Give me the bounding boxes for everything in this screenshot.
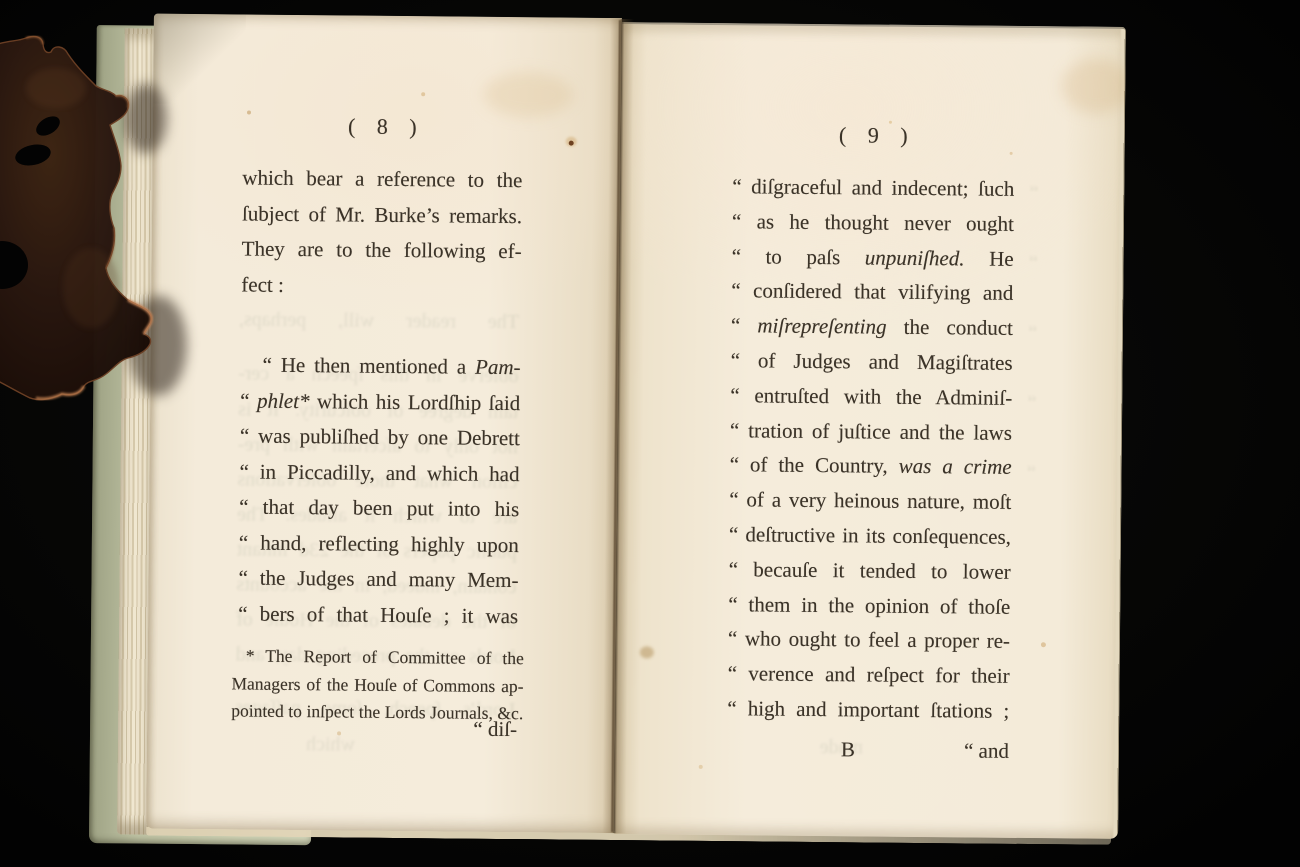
text-line: “ was publiſhed by one Debrett: [240, 418, 520, 456]
text-line: They are to the following ef-: [242, 231, 522, 269]
text-line: “ bers of that Houſe ; it was: [238, 596, 518, 634]
foxing-spot: [1010, 152, 1013, 155]
clip-speckle: [26, 68, 86, 108]
text-line: * The Report of Committee of the: [232, 642, 524, 672]
page-number-9: ( 9 ): [733, 121, 1015, 150]
page-9-body: “ diſgraceful and indecent; ſuch“ as he …: [727, 169, 1014, 728]
text-line: “ in Piccadilly, and which had: [239, 454, 519, 492]
text-line: “ of the Country, was a crime: [729, 448, 1011, 486]
text-line: “ that day been put into his: [239, 489, 519, 527]
text-line: “ of a very heinous nature, moſt: [729, 482, 1011, 520]
page-fore-edge-right: [1112, 29, 1126, 839]
text-line: “ conſidered that vilifying and: [731, 274, 1013, 312]
page-8-catchword: “ diſ-: [237, 714, 517, 742]
page-9-signature-row: B “ and: [727, 731, 1009, 768]
text-line: “ them in the opinion of thoſe: [728, 587, 1010, 625]
ghost-text-line: “: [1016, 390, 1036, 416]
text-line: “ hand, reflecting highly upon: [239, 525, 519, 563]
stain: [483, 72, 573, 118]
foxing-spot: [699, 765, 703, 769]
book: The reader will, perhaps,obſerve in this…: [0, 0, 1300, 867]
text-line: which bear a reference to the: [242, 160, 522, 198]
foxing-spot: [569, 141, 574, 146]
ghost-text-layer: made“““““: [622, 24, 1126, 29]
ghost-text-line: “: [1017, 320, 1037, 346]
foxing-spot: [1041, 642, 1046, 647]
text-line: Managers of the Houſe of Commons ap-: [231, 670, 523, 700]
text-line: [241, 302, 521, 350]
text-line: “ as he thought never ought: [732, 204, 1014, 242]
text-line: “ becauſe it tended to lower: [728, 552, 1010, 590]
text-line: “ to paſs unpuniſhed. He: [731, 239, 1013, 277]
page-8-body: which bear a reference to theſubject of …: [238, 160, 523, 634]
text-line: “ who ought to feel a proper re-: [728, 622, 1010, 660]
foxing-spot: [247, 111, 251, 115]
text-line: “ verence and reſpect for their: [727, 656, 1009, 694]
signature-mark: B: [727, 731, 969, 767]
text-line: “ phlet* which his Lordſhip ſaid: [240, 383, 520, 421]
ghost-text-line: “: [1018, 180, 1038, 206]
text-line: “ miſrepreſenting the conduct: [731, 308, 1013, 346]
text-line: “ high and important ſtations ;: [727, 691, 1009, 729]
book-photo: The reader will, perhaps,obſerve in this…: [0, 0, 1300, 867]
text-line: “ of Judges and Magiſtrates: [730, 343, 1012, 381]
text-line: “ tration of juſtice and the laws: [730, 413, 1012, 451]
stain: [1061, 58, 1126, 114]
foxing-spot: [337, 731, 341, 735]
page-8: The reader will, perhaps,obſerve in this…: [146, 14, 622, 833]
page-9-catchword: “ and: [964, 733, 1009, 767]
text-line: “ diſgraceful and indecent; ſuch: [732, 169, 1014, 207]
metal-clip: [0, 28, 171, 433]
text-line: ſubject of Mr. Burke’s remarks.: [242, 196, 522, 234]
page-9: made“““““ ( 9 ) “ diſgraceful and indece…: [614, 22, 1126, 839]
text-line: “ the Judges and many Mem-: [238, 560, 518, 598]
text-line: “ entruſted with the Adminiſ-: [730, 378, 1012, 416]
foxing-spot: [889, 121, 892, 124]
text-line: “ He then mentioned a Pam-: [240, 347, 520, 385]
ghost-text-line: “: [1017, 250, 1037, 276]
text-line: fect :: [241, 267, 521, 305]
page-number-8: ( 8 ): [243, 112, 523, 141]
text-line: “ deſtructive in its conſequences,: [729, 517, 1011, 555]
foxing-spot: [640, 646, 654, 658]
ghost-text-line: “: [1015, 460, 1035, 486]
foxing-spot: [421, 92, 425, 96]
